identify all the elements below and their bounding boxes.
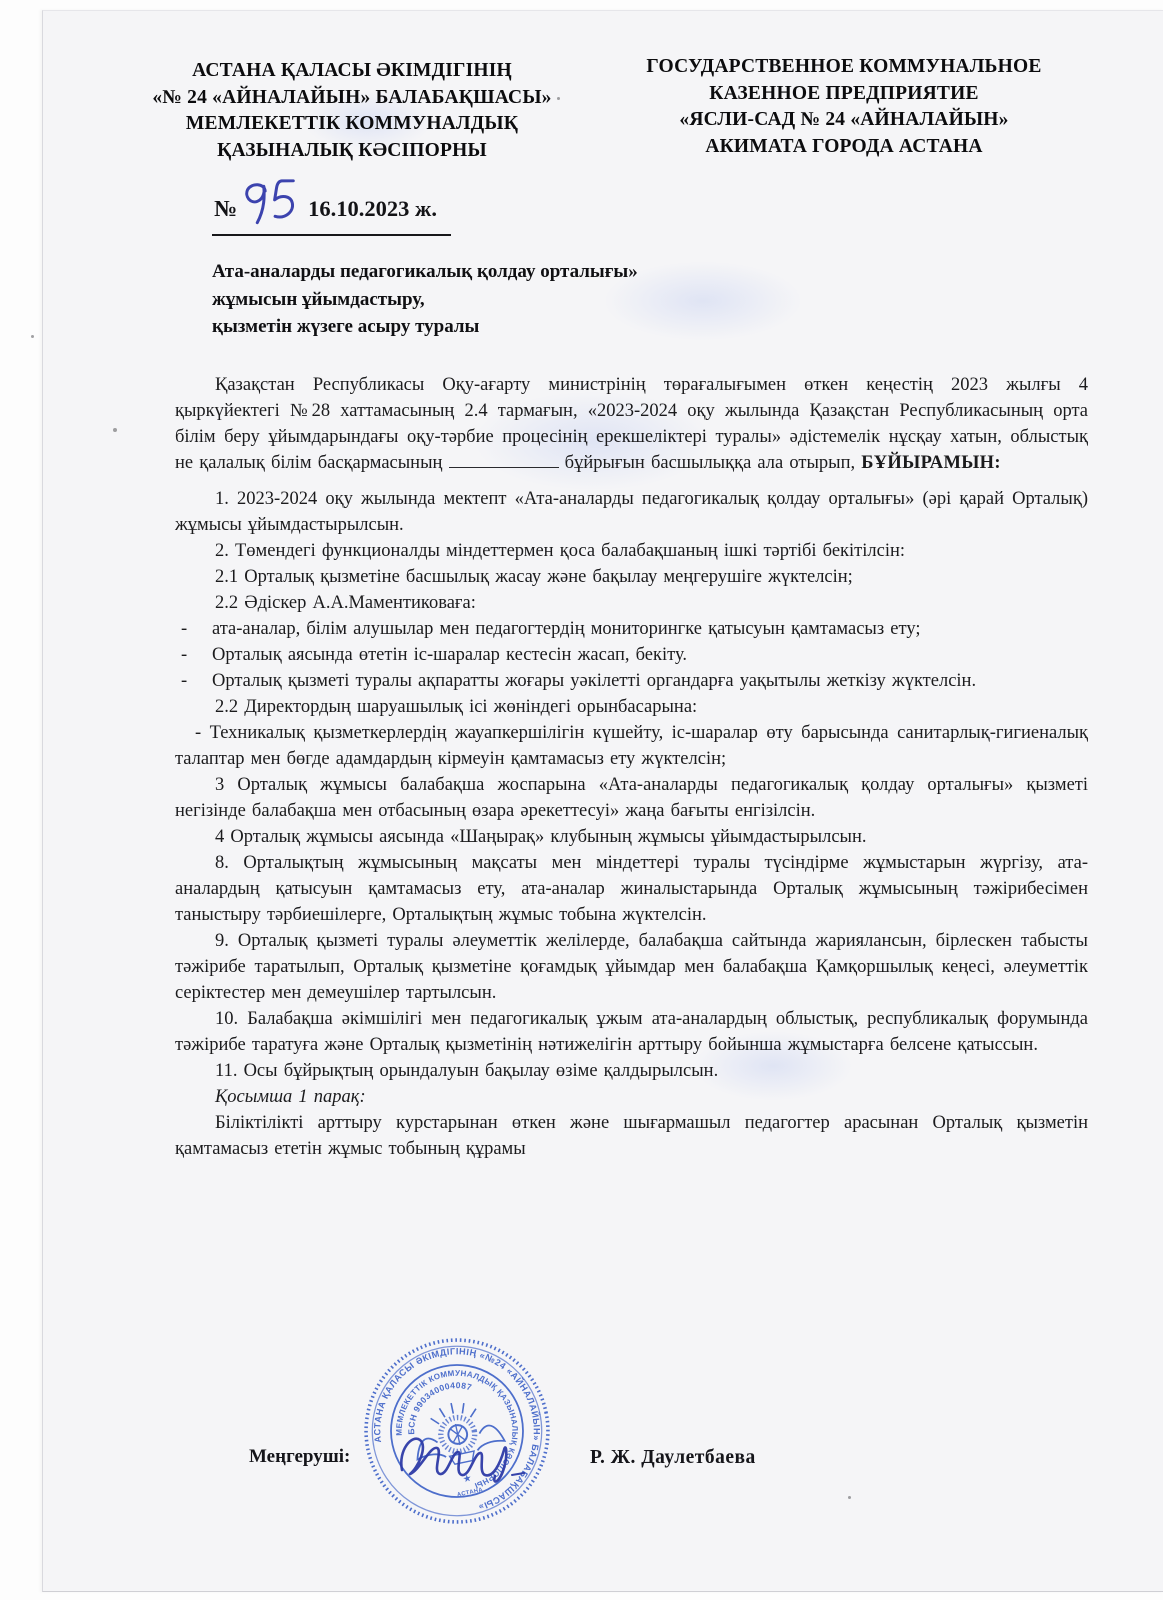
order-item: 9. Орталық қызметі туралы әлеуметтік жел… [175,928,1088,1006]
order-item: Қосымша 1 парақ: [175,1084,1088,1110]
header-line: АКИМАТА ГОРОДА АСТАНА [598,134,1090,161]
handwritten-digit-5 [272,180,296,218]
header-line: ҚАЗЫНАЛЫҚ КӘСІПОРНЫ [118,138,586,165]
order-item-text: Қосымша 1 парақ: [215,1087,366,1107]
order-item-text: ата-аналар, білім алушылар мен педагогте… [212,619,920,639]
dash-marker: - [175,642,212,668]
header-line: ГОСУДАРСТВЕННОЕ КОММУНАЛЬНОЕ [598,54,1090,81]
order-item: Біліктілікті арттыру курстарынан өткен ж… [175,1110,1088,1162]
order-date: 16.10.2023 ж. [308,196,437,221]
header-line: «ЯСЛИ-САД № 24 «АЙНАЛАЙЫН» [598,107,1090,134]
decree-word: БҰЙЫРАМЫН: [861,453,1001,473]
header-kazakh: АСТАНА ҚАЛАСЫ ӘКІМДІГІНІҢ«№ 24 «АЙНАЛАЙЫ… [118,58,586,164]
order-item-text: 11. Осы бұйрықтың орындалуын бақылау өзі… [215,1061,718,1081]
blank-line [449,453,559,468]
order-number-line: № 16.10.2023 ж. [212,176,451,236]
order-item: -Орталық қызметі туралы ақпаратты жоғары… [175,668,1088,694]
scan-speck [848,1496,851,1499]
handwritten-order-number [238,176,306,230]
preamble-text-after: бұйрығын басшылыққа ала отырып, [565,453,855,473]
header-russian: ГОСУДАРСТВЕННОЕ КОММУНАЛЬНОЕКАЗЕННОЕ ПРЕ… [598,54,1090,160]
order-body: Қазақстан Республикасы Оқу-ағарту минист… [175,372,1088,1162]
order-item-text: 9. Орталық қызметі туралы әлеуметтік жел… [175,931,1088,1003]
scanned-document: АСТАНА ҚАЛАСЫ ӘКІМДІГІНІҢ«№ 24 «АЙНАЛАЙЫ… [0,0,1163,1600]
header-line: МЕМЛЕКЕТТІК КОММУНАЛДЫҚ [118,111,586,138]
order-item-text: 4 Орталық жұмысы аясында «Шаңырақ» клубы… [215,827,867,847]
signature-autograph [376,1430,556,1490]
order-item: - Техникалық қызметкерлердің жауапкершіл… [175,720,1088,772]
order-item-text: 3 Орталық жұмысы балабақша жоспарына «Ат… [175,775,1088,821]
order-number-prefix: № [214,196,237,221]
subject-line: Ата-аналарды педагогикалық қолдау орталы… [212,258,812,286]
order-item-text: Біліктілікті арттыру курстарынан өткен ж… [175,1113,1088,1159]
subject-block: Ата-аналарды педагогикалық қолдау орталы… [212,258,812,341]
order-item: 10. Балабақша әкімшілігі мен педагогикал… [175,1006,1088,1058]
order-item-text: 2.2 Директордың шаруашылық ісі жөніндегі… [215,697,697,717]
order-item-text: 2. Төмендегі функционалды міндеттермен қ… [215,541,905,561]
order-item: 2.2 Әдіскер А.А.Маментиковаға: [175,590,1088,616]
order-item-text: - Техникалық қызметкерлердің жауапкершіл… [175,723,1088,769]
order-item-text: 2.1 Орталық қызметіне басшылық жасау жән… [215,567,853,587]
scan-speck [31,335,34,338]
order-item-text: 8. Орталықтың жұмысының мақсаты мен мінд… [175,853,1088,925]
order-items: 1. 2023-2024 оқу жылында мектепт «Ата-ан… [175,486,1088,1162]
subject-line: қызметін жүзеге асыру туралы [212,313,812,341]
order-item: 3 Орталық жұмысы балабақша жоспарына «Ат… [175,772,1088,824]
order-item: 2.1 Орталық қызметіне басшылық жасау жән… [175,564,1088,590]
signee-name: Р. Ж. Даулетбаева [590,1447,756,1469]
handwritten-digit-9 [246,184,268,223]
order-item-text: 2.2 Әдіскер А.А.Маментиковаға: [215,593,476,613]
subject-line: жұмысын ұйымдастыру, [212,286,812,314]
header-line: «№ 24 «АЙНАЛАЙЫН» БАЛАБАҚШАСЫ» [118,85,586,112]
dash-marker: - [175,668,212,694]
order-item: -ата-аналар, білім алушылар мен педагогт… [175,616,1088,642]
order-item: 4 Орталық жұмысы аясында «Шаңырақ» клубы… [175,824,1088,850]
order-item-text: Орталық қызметі туралы ақпаратты жоғары … [212,671,976,691]
order-item: 11. Осы бұйрықтың орындалуын бақылау өзі… [175,1058,1088,1084]
order-item-text: 1. 2023-2024 оқу жылында мектепт «Ата-ан… [175,489,1088,535]
order-item: 8. Орталықтың жұмысының мақсаты мен мінд… [175,850,1088,928]
scan-speck [113,428,117,432]
header-line: АСТАНА ҚАЛАСЫ ӘКІМДІГІНІҢ [118,58,586,85]
order-item: 2. Төмендегі функционалды міндеттермен қ… [175,538,1088,564]
dash-marker: - [175,616,212,642]
order-item-text: 10. Балабақша әкімшілігі мен педагогикал… [175,1009,1088,1055]
order-item: 1. 2023-2024 оқу жылында мектепт «Ата-ан… [175,486,1088,538]
order-item: -Орталық аясында өтетін іс-шаралар кесте… [175,642,1088,668]
signature-label: Меңгеруші: [249,1446,350,1468]
preamble: Қазақстан Республикасы Оқу-ағарту минист… [175,372,1088,476]
header-line: КАЗЕННОЕ ПРЕДПРИЯТИЕ [598,81,1090,108]
order-item-text: Орталық аясында өтетін іс-шаралар кестес… [212,645,687,665]
order-item: 2.2 Директордың шаруашылық ісі жөніндегі… [175,694,1088,720]
